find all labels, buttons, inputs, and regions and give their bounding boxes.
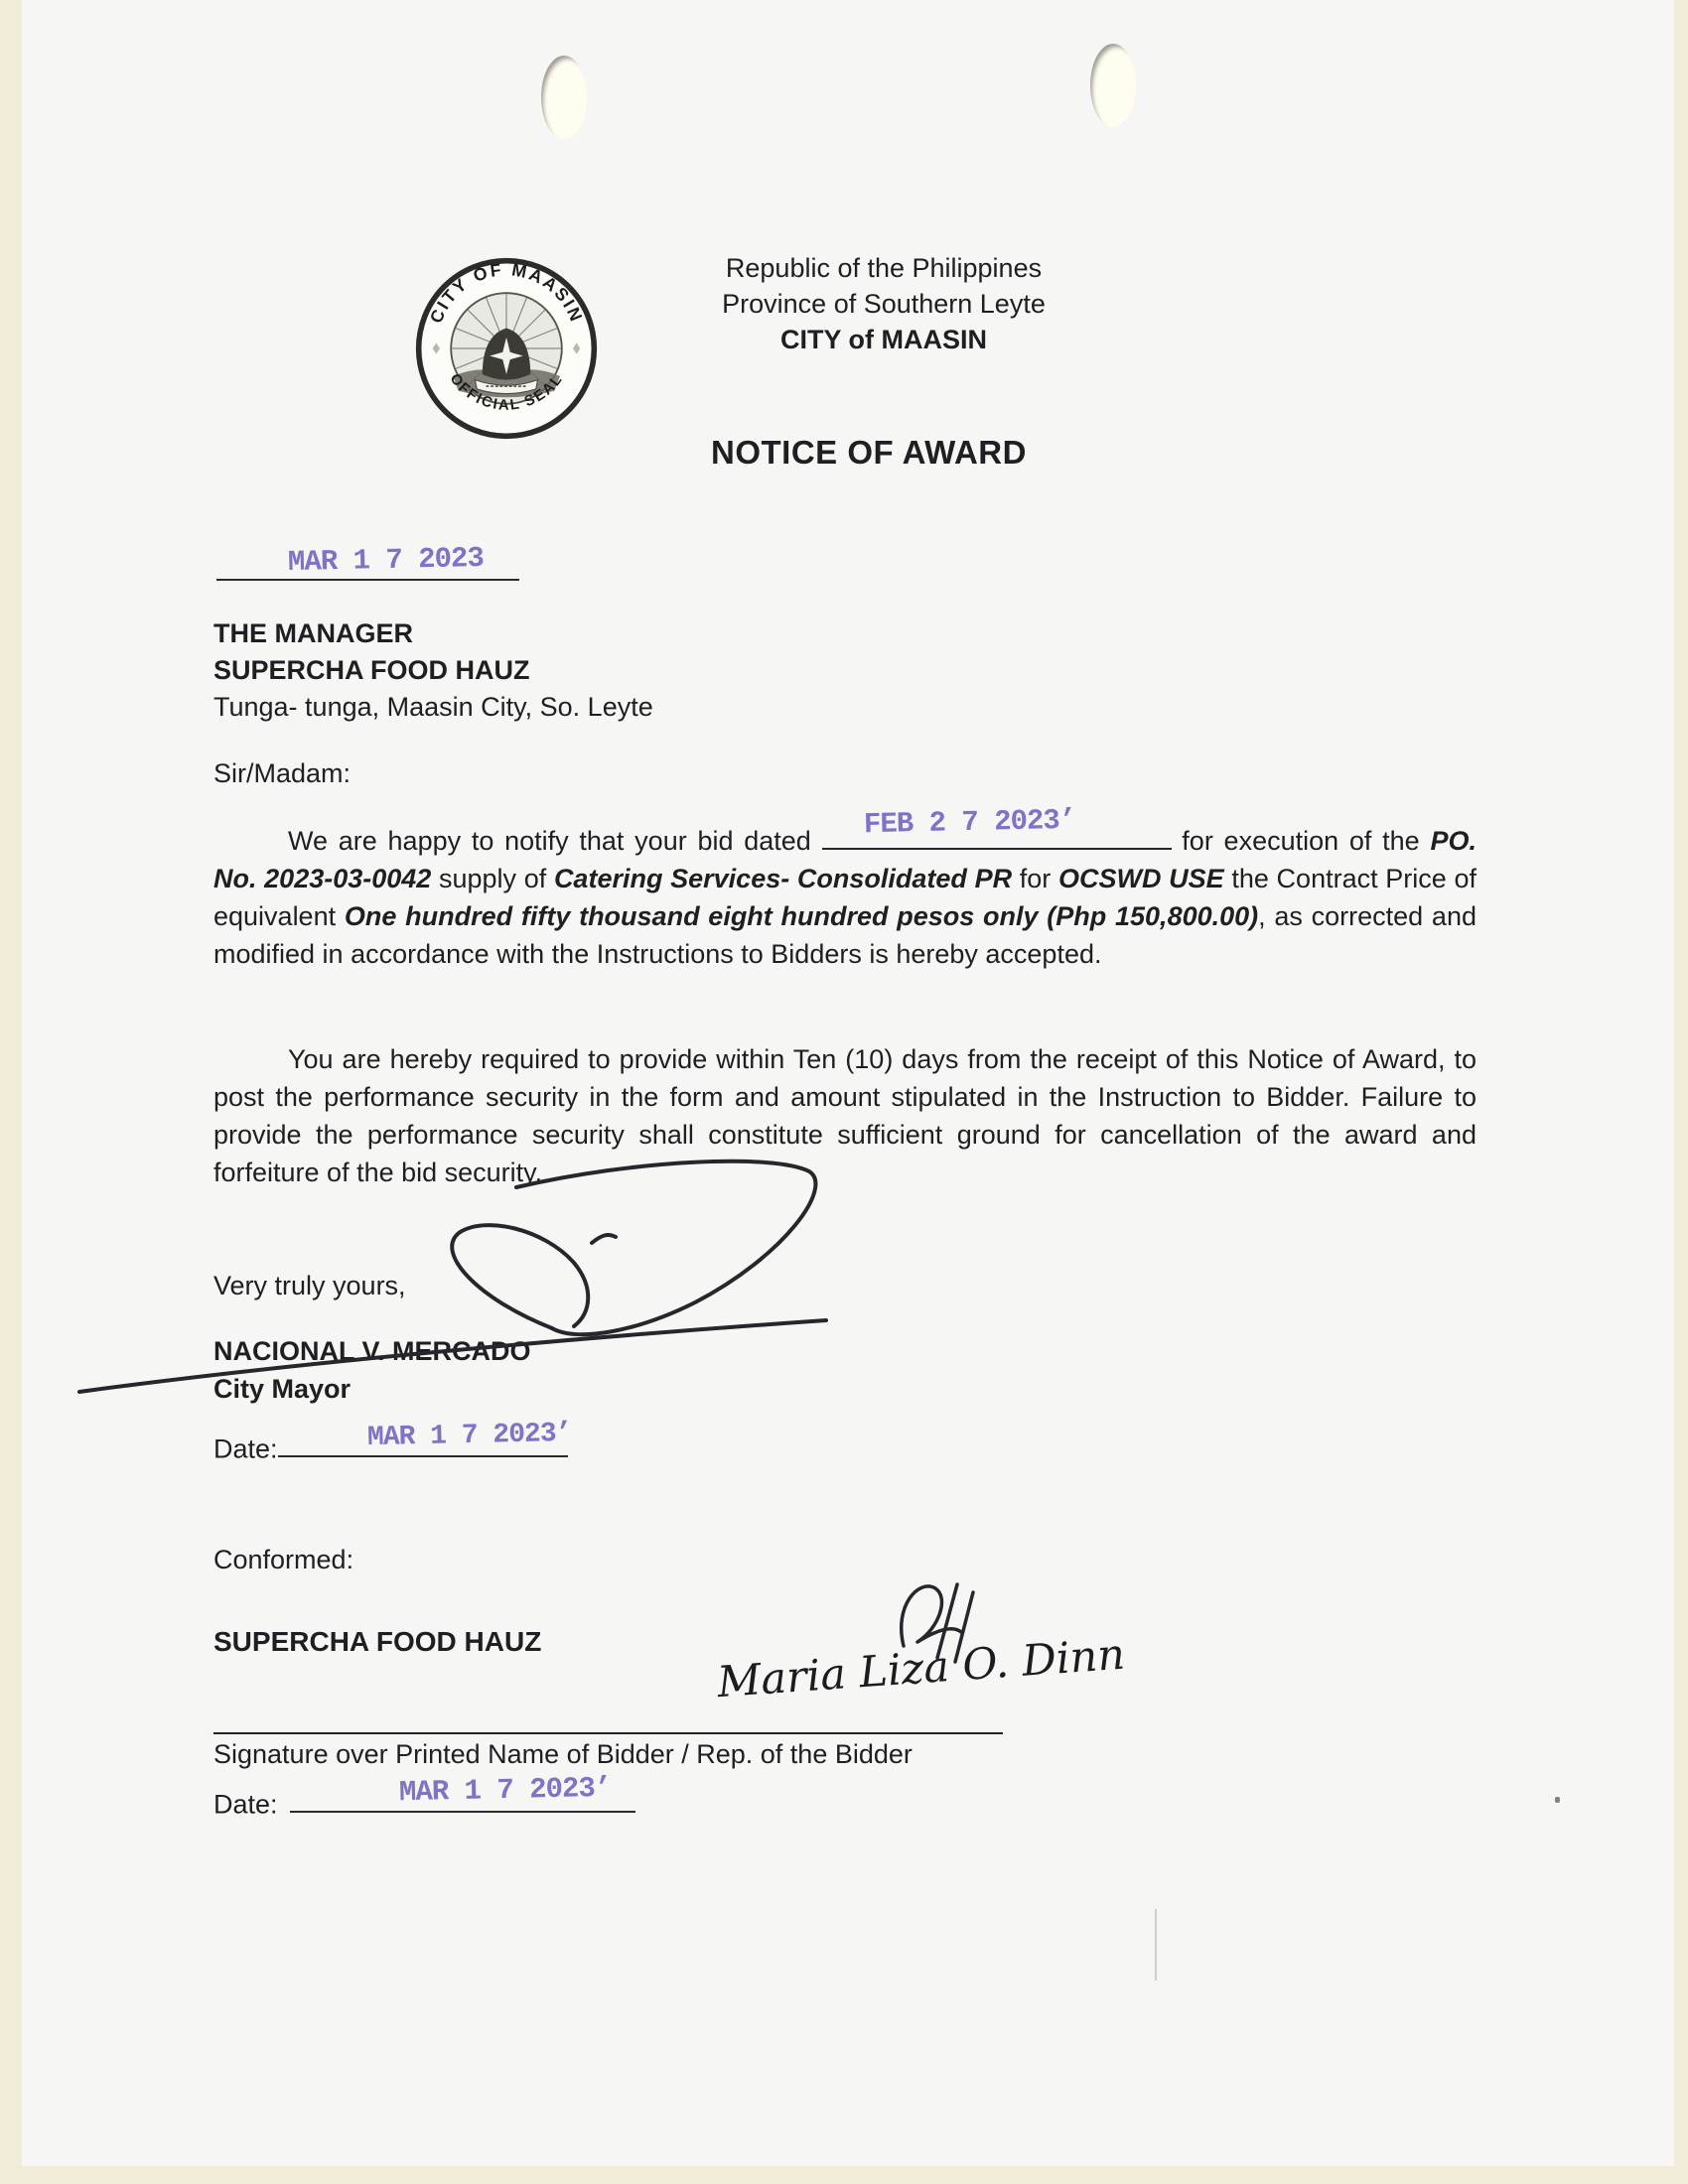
mayor-date-stamp: MAR 1 7 2023’ [366, 1419, 571, 1453]
project-name: Catering Services- Consolidated PR [554, 864, 1012, 893]
mayor-date-row: Date:MAR 1 7 2023’ [213, 1432, 568, 1464]
body-paragraph-1: We are happy to notify that your bid dat… [213, 822, 1477, 973]
bidder-date-stamp: MAR 1 7 2023’ [398, 1772, 611, 1809]
p1-text: for [1020, 864, 1052, 893]
salutation: Sir/Madam: [213, 758, 351, 789]
p1-text: We are happy to notify that your bid dat… [288, 826, 811, 856]
bidder-date-row: Date:MAR 1 7 2023’ [213, 1787, 635, 1820]
document-title: NOTICE OF AWARD [571, 434, 1167, 472]
letterhead-country: Republic of the Philippines [586, 250, 1182, 286]
conformed-label: Conformed: [213, 1545, 353, 1575]
scan-artifact [1555, 1797, 1560, 1803]
p1-text: for execution of the [1182, 826, 1419, 856]
mayor-date-line: MAR 1 7 2023’ [278, 1432, 568, 1457]
received-date-line: MAR 1 7 2023 [216, 541, 519, 581]
end-user: OCSWD USE [1058, 864, 1224, 893]
mayor-signature [62, 1132, 876, 1420]
addressee-address: Tunga- tunga, Maasin City, So. Leyte [213, 689, 653, 726]
letterhead-city: CITY of MAASIN [586, 322, 1182, 357]
city-of-maasin-seal: CITY OF MAASIN OFFICIAL SEAL [414, 256, 599, 441]
scan-artifact [1155, 1909, 1157, 1980]
bidder-date-line: MAR 1 7 2023’ [290, 1787, 635, 1813]
bid-date-blank: FEB 2 7 2023’ [822, 825, 1172, 850]
punch-hole [1090, 44, 1136, 127]
letterhead: Republic of the Philippines Province of … [586, 250, 1182, 357]
addressee-company: SUPERCHA FOOD HAUZ [213, 652, 653, 689]
letterhead-province: Province of Southern Leyte [586, 286, 1182, 322]
received-date-stamp: MAR 1 7 2023 [288, 542, 484, 579]
date-label: Date: [213, 1433, 278, 1463]
bidder-signature-flourish [874, 1567, 1023, 1676]
date-label: Date: [213, 1789, 278, 1819]
contract-price: One hundred fifty thousand eight hundred… [345, 901, 1258, 931]
addressee-block: THE MANAGER SUPERCHA FOOD HAUZ Tunga- tu… [213, 615, 653, 726]
bidder-signature-line [213, 1697, 1003, 1734]
bid-date-stamp: FEB 2 7 2023’ [863, 802, 1075, 844]
p1-text: supply of [439, 864, 546, 893]
punch-hole [541, 56, 587, 139]
signature-caption: Signature over Printed Name of Bidder / … [213, 1739, 913, 1770]
bidder-company: SUPERCHA FOOD HAUZ [213, 1626, 541, 1658]
document-page: CITY OF MAASIN OFFICIAL SEAL Republic of… [22, 0, 1674, 2166]
scanned-page: { "header": { "line1": "Republic of the … [0, 0, 1688, 2184]
addressee-title: THE MANAGER [213, 615, 653, 652]
